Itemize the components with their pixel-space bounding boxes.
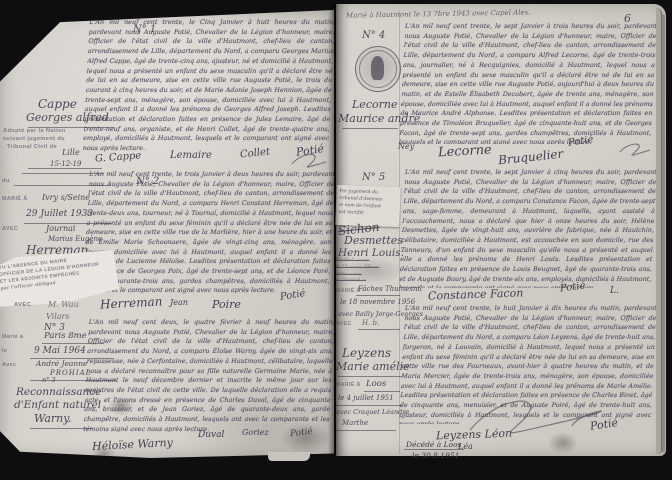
torn-paper-edge (268, 452, 310, 461)
note-text: est rectifié (339, 209, 400, 218)
marriage-spouse: avec Craquet Léandre (336, 408, 409, 416)
official-seal-stamp (355, 46, 401, 92)
header-marriage-note: Marié à Hautmont le 13 7bre 1943 avec Ca… (346, 8, 531, 19)
marriage-spouse: André Jeanne (36, 359, 87, 368)
adoption-stamp: Adopté par la Nation (3, 128, 66, 134)
margin-underline (336, 405, 402, 406)
death-note: Décédé à Loos (406, 440, 461, 449)
marriage-spouse: M. Wau (48, 300, 79, 309)
entry2-act-text: L'An mil neuf cent trente, le trois Janv… (83, 170, 336, 300)
signature: Duval (198, 430, 224, 440)
page-gutter-shadow (328, 4, 344, 456)
signature: Héloïse Warny (92, 436, 173, 453)
signature: Herreman (100, 294, 163, 311)
recognition-note: d'Enfant naturel (14, 399, 101, 411)
marriage-stamp-avec: Avec (2, 362, 16, 368)
entry1-act-text: L'An mil neuf cent trente, le Cinq Janvi… (82, 18, 335, 152)
signature-flourish (290, 150, 330, 170)
struck-text: Marié à ——— (336, 258, 402, 265)
entry1-margin-name: Georges alfred (26, 111, 109, 124)
signature: Poire (212, 298, 241, 311)
signature: G. Cappe (95, 150, 142, 164)
entry5-margin-name: Desmettes (344, 234, 403, 247)
marriage-date: le 4 juillet 1951 (338, 394, 394, 402)
signature-flourish (464, 392, 584, 437)
right-page: Marié à Hautmont le 13 7bre 1943 avec Ca… (336, 4, 666, 456)
marriage-spouse: Journai (46, 224, 75, 233)
entry4-act-text: L'An mil neuf cent trente, le sept Janvi… (399, 22, 657, 144)
signature: Potié (589, 416, 619, 433)
marriage-stamp-marie: MARIÉ À (2, 196, 28, 202)
margin-underline (338, 376, 402, 377)
signature: Potié (567, 134, 594, 148)
adoption-place: Lille (62, 148, 80, 157)
entry3-act-text: L'An mil neuf cent deux, le quatre févri… (83, 318, 335, 432)
entry4-number: N° 4 (362, 30, 385, 41)
left-page: N° 1 L'An mil neuf cent trente, le Cinq … (0, 10, 334, 458)
entry5-act-text: L'An mil neuf cent trente, le sept Janvi… (399, 168, 657, 288)
marriage-spouse: Marthe (342, 419, 368, 427)
marriage-date: le 18 novembre 1956 (340, 298, 415, 306)
adoption-stamp: Tribunal Civil de (7, 144, 57, 150)
adoption-stamp: du (2, 178, 10, 184)
signature: Potié (289, 427, 313, 440)
marriage-place: Ivry s/Seine (42, 193, 90, 202)
struck-text: le 22 ——— 19—— (336, 265, 402, 272)
marriage-stamp-avec: AVEC (14, 302, 31, 308)
recognition-note: Warny. (34, 412, 72, 425)
marriage-place: Loos (366, 379, 386, 389)
marriage-place: Paris 8me (44, 331, 87, 341)
signature: Constance Facon (428, 286, 524, 302)
signature: Lecorne (438, 143, 492, 161)
signature: Jean (170, 298, 188, 307)
signature: Ney (398, 142, 414, 151)
marriage-stamp-avec: AVEC (2, 226, 18, 232)
marriage-spouse: PROHIAL (50, 369, 91, 377)
margin-underline (336, 430, 396, 431)
margin-underline (28, 168, 102, 169)
adoption-date: 15-12-19 (50, 160, 81, 168)
entry3-number-small: n° 3 (42, 376, 56, 384)
margin-underline (42, 343, 104, 344)
margin-underline (342, 128, 398, 129)
margin-underline (364, 391, 400, 392)
margin-underline (404, 449, 464, 450)
marriage-spouse: Marius Eugène (48, 235, 102, 243)
margin-underline (358, 329, 400, 330)
margin-underline (356, 295, 400, 296)
registry-scan: N° 1 L'An mil neuf cent trente, le Cinq … (0, 0, 672, 480)
marriage-date: 29 Juillet 1933 (26, 209, 93, 219)
marriage-stamp-marie: Marié à (2, 334, 23, 340)
entry6-margin-name: Marie amélie (336, 360, 410, 373)
signature: Collet (240, 146, 271, 160)
marriage-stamp-le: le (2, 348, 7, 354)
signature: Goriez (242, 428, 269, 437)
death-note: le 30.8.1951 (412, 451, 459, 460)
entry6-margin-name: Leyzens (342, 346, 391, 360)
entry5-number: N° 5 (362, 172, 385, 183)
signature: L. (610, 286, 619, 296)
entry3-margin-note: Vilars (46, 312, 69, 321)
seal-figure-icon (371, 56, 384, 80)
signature: Lemaire (170, 150, 212, 161)
entry1-margin-name: Cappe (38, 97, 77, 111)
signature: Potié (559, 280, 586, 294)
signature: Bruquelier (497, 147, 563, 168)
adoption-stamp: suivant jugement du (3, 136, 65, 142)
recognition-note: Reconnaissance (16, 386, 101, 398)
signature: Potié (279, 288, 306, 303)
signature-flourish (618, 140, 654, 158)
sheet-edge (662, 14, 665, 452)
entry4-margin-name: Lecorne (352, 98, 397, 111)
struck-marriage-note: Marié à ——— le 22 ——— 19—— avec ——— — Di… (336, 258, 402, 285)
margin-underline (30, 428, 92, 429)
marriage-extra: H. b. (362, 319, 379, 327)
marriage-date: 9 Mai 1964 (34, 346, 86, 356)
